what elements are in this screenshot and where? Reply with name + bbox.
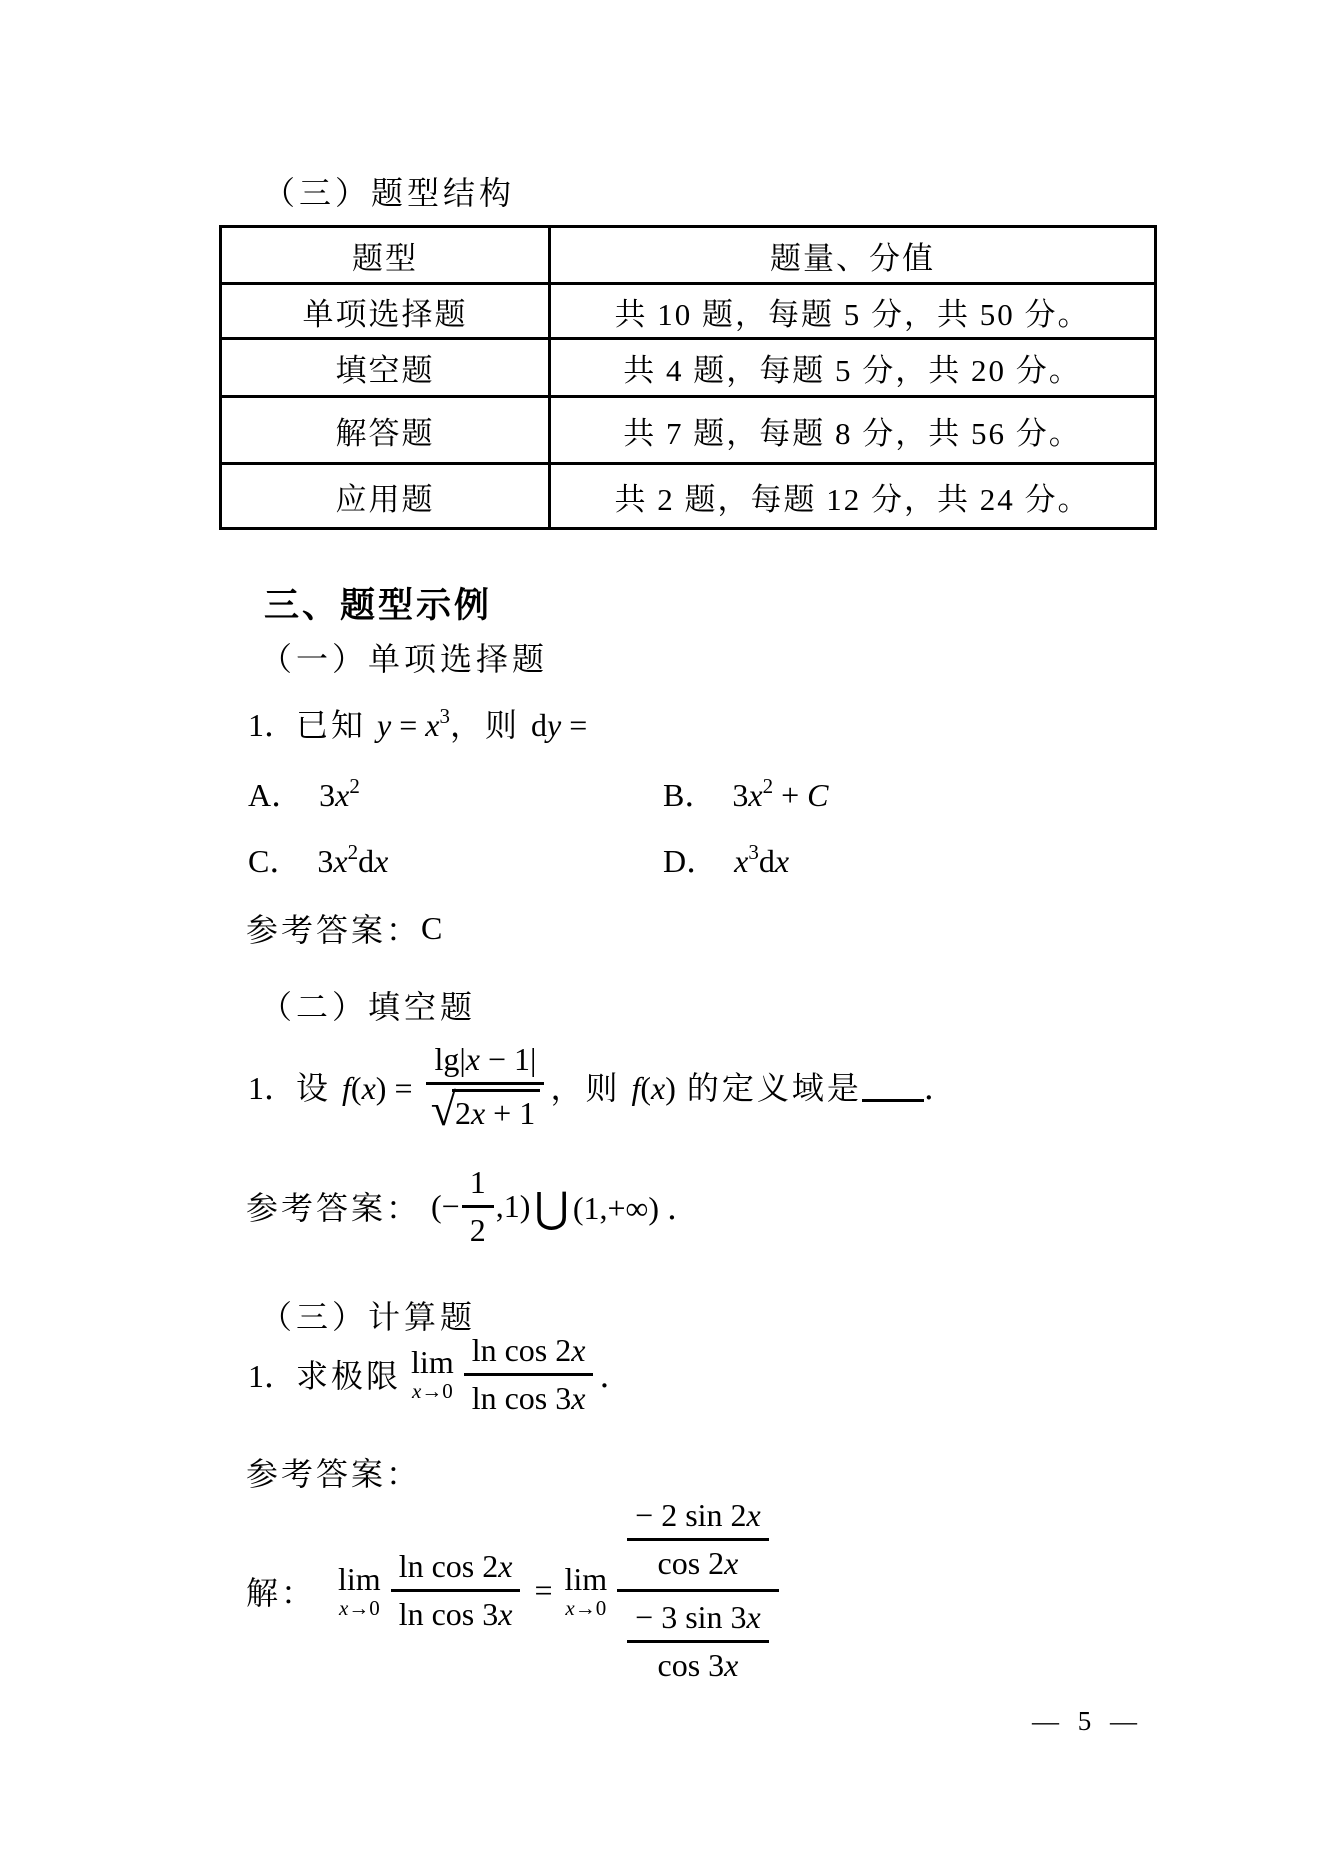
solution-big-num-fraction: − 2 sin 2x cos 2x [627,1497,769,1582]
limit-subscript: x→0 [339,1598,380,1619]
page-number: — 5 — [1032,1706,1143,1737]
sqrt-expression: √ 2x + 1 [431,1089,541,1132]
solution-left-frac-den: ln cos 3x [399,1596,513,1633]
table-row: 解答题 共 7 题，每题 8 分，共 56 分。 [221,397,1156,464]
fib-answer-open: (− [431,1188,460,1225]
fib-answer-label: 参考答案： [246,1183,421,1229]
table-header-row: 题型 题量、分值 [221,227,1156,284]
solution-big-den-fraction: − 3 sin 3x cos 3x [627,1599,769,1684]
calc-question-period: ． [599,1351,631,1397]
calc-fraction: ln cos 2x ln cos 3x [464,1332,594,1417]
cell-type: 解答题 [221,397,550,464]
limit-word: lim [564,1563,607,1595]
solution-left-fraction: ln cos 2x ln cos 3x [391,1548,521,1633]
limit-operator: lim x→0 [564,1563,607,1619]
question-type-table: 题型 题量、分值 单项选择题 共 10 题，每题 5 分，共 50 分。 填空题… [219,225,1157,530]
mc-question-text: 1．已知 y = x3，则 dy = [248,700,587,746]
fib-question-period: ． [924,1063,956,1109]
limit-subscript: x→0 [412,1381,453,1402]
calc-question: 1．求极限 lim x→0 ln cos 2x ln cos 3x ． [248,1326,631,1422]
cell-detail: 共 10 题，每题 5 分，共 50 分。 [550,284,1156,339]
solution-big-fraction: − 2 sin 2x cos 2x − 3 sin 3x cos 3x [617,1497,779,1684]
table-row: 应用题 共 2 题，每题 12 分，共 24 分。 [221,464,1156,529]
union-symbol: ⋃ [534,1183,568,1233]
fib-answer-mid: ,1) [496,1188,531,1225]
limit-subscript: x→0 [565,1598,606,1619]
document-page: （三）题型结构 题型 题量、分值 单项选择题 共 10 题，每题 5 分，共 5… [0,0,1323,1871]
cell-detail: 共 4 题，每题 5 分，共 20 分。 [550,339,1156,397]
fib-fraction-numerator: lg|x − 1| [434,1041,536,1078]
calc-frac-num: ln cos 2x [472,1332,586,1369]
mc-answer-label: 参考答案： [246,905,421,951]
fib-question-tail: ，则 f(x) 的定义域是 [550,1063,861,1109]
fib-answer-tail: (1,+∞) ． [573,1183,699,1229]
limit-word: lim [338,1563,381,1595]
limit-operator: lim x→0 [338,1563,381,1619]
option-a: A． 3x2 [248,770,360,816]
option-b: B． 3x2 + C [663,770,828,816]
option-c-text: C． 3x2dx [248,836,388,882]
option-c: C． 3x2dx [248,836,388,882]
examples-heading: 三、题型示例 [264,578,492,628]
option-b-text: B． 3x2 + C [663,770,828,816]
fib-question-lead: 1．设 f(x) = [248,1063,420,1109]
cell-type: 单项选择题 [221,284,550,339]
limit-word: lim [411,1346,454,1378]
fib-question: 1．设 f(x) = lg|x − 1| √ 2x + 1 ，则 f(x) 的定… [248,1040,956,1132]
mc-heading: （一）单项选择题 [260,634,548,680]
fib-answer: 参考答案： (− 1 2 ,1) ⋃ (1,+∞) ． [246,1158,699,1254]
cell-type: 填空题 [221,339,550,397]
mc-answer-value: C [421,910,442,947]
fib-fraction: lg|x − 1| √ 2x + 1 [426,1041,544,1132]
fib-answer-frac-num: 1 [470,1164,486,1201]
cell-type: 应用题 [221,464,550,529]
solution-left-frac-num: ln cos 2x [399,1548,513,1585]
mc-answer: 参考答案： C [246,906,442,950]
cell-detail: 共 7 题，每题 8 分，共 56 分。 [550,397,1156,464]
structure-heading: （三）题型结构 [263,168,515,214]
sqrt-radicand: 2x + 1 [452,1089,540,1132]
table-row: 填空题 共 4 题，每题 5 分，共 20 分。 [221,339,1156,397]
option-a-text: A． 3x2 [248,770,360,816]
table-row: 单项选择题 共 10 题，每题 5 分，共 50 分。 [221,284,1156,339]
fill-blank-line [862,1070,924,1102]
big-den-numerator: − 3 sin 3x [635,1599,761,1636]
option-d-text: D． x3dx [663,836,789,882]
big-num-numerator: − 2 sin 2x [635,1497,761,1534]
fib-heading: （二）填空题 [260,982,476,1028]
calc-question-lead: 1．求极限 [248,1351,401,1397]
fib-answer-fraction: 1 2 [462,1164,494,1249]
solution-row: 解： lim x→0 ln cos 2x ln cos 3x = lim x→0… [246,1488,785,1693]
solution-label: 解： [246,1568,316,1614]
table-header-score: 题量、分值 [550,227,1156,284]
mc-question: 1．已知 y = x3，则 dy = [248,698,587,748]
option-d: D． x3dx [663,836,789,882]
big-den-denominator: cos 3x [658,1647,739,1684]
fib-answer-frac-den: 2 [470,1212,486,1249]
equals-sign: = [534,1572,552,1609]
calc-frac-den: ln cos 3x [472,1380,586,1417]
table-header-type: 题型 [221,227,550,284]
limit-operator: lim x→0 [411,1346,454,1402]
big-num-denominator: cos 2x [658,1545,739,1582]
cell-detail: 共 2 题，每题 12 分，共 24 分。 [550,464,1156,529]
